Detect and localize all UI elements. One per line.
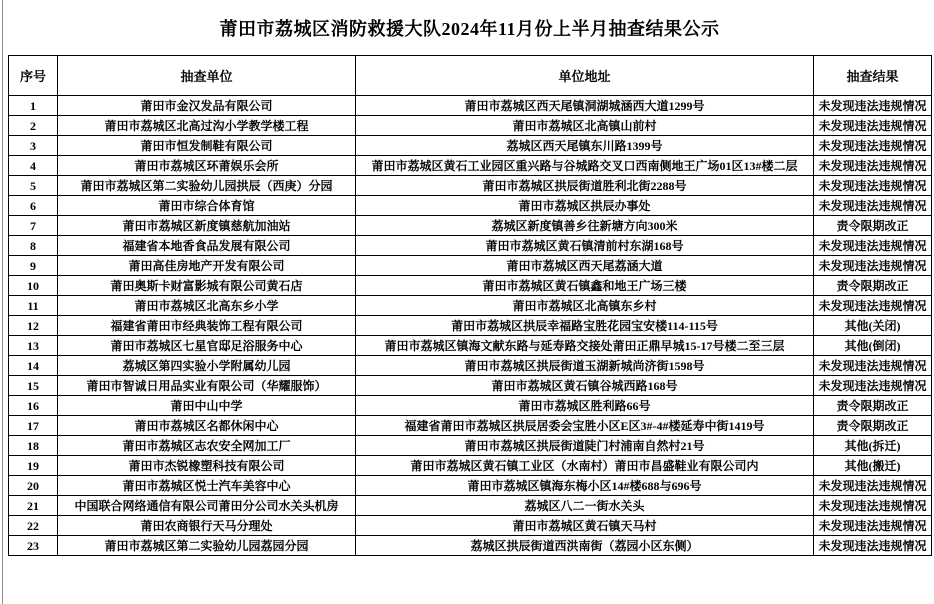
row-number-cell: 20 [9, 476, 58, 496]
header-row: 序号 抽查单位 单位地址 抽查结果 [9, 56, 932, 96]
row-number-cell: 14 [9, 356, 58, 376]
result-cell: 其他(倒闭) [814, 336, 932, 356]
unit-cell: 莆田市荔城区悦士汽车美容中心 [58, 476, 356, 496]
row-number-cell: 16 [9, 396, 58, 416]
unit-cell: 莆田中山中学 [58, 396, 356, 416]
header-unit: 抽查单位 [58, 56, 356, 96]
unit-cell: 莆田市智诚日用品实业有限公司（华耀服饰） [58, 376, 356, 396]
row-number-cell: 19 [9, 456, 58, 476]
header-result: 抽查结果 [814, 56, 932, 96]
unit-cell: 莆田市金汉发品有限公司 [58, 96, 356, 116]
unit-cell: 莆田市荔城区名都休闲中心 [58, 416, 356, 436]
result-cell: 责令限期改正 [814, 416, 932, 436]
address-cell: 莆田市荔城区黄石镇天马村 [356, 516, 814, 536]
table-row: 3莆田市恒发制鞋有限公司荔城区西天尾镇东川路1399号未发现违法违规情况 [9, 136, 932, 156]
table-row: 7莆田市荔城区新度镇慈航加油站荔城区新度镇善乡往新塘方向300米责令限期改正 [9, 216, 932, 236]
table-row: 6莆田市综合体育馆莆田市荔城区拱辰办事处未发现违法违规情况 [9, 196, 932, 216]
table-row: 20莆田市荔城区悦士汽车美容中心莆田市荔城区镇海东梅小区14#楼688与696号… [9, 476, 932, 496]
row-number-cell: 3 [9, 136, 58, 156]
result-cell: 责令限期改正 [814, 396, 932, 416]
unit-cell: 莆田市恒发制鞋有限公司 [58, 136, 356, 156]
unit-cell: 莆田市荔城区环莆娱乐会所 [58, 156, 356, 176]
row-number-cell: 4 [9, 156, 58, 176]
table-row: 21中国联合网络通信有限公司莆田分公司水关头机房荔城区八二一街水关头未发现违法违… [9, 496, 932, 516]
address-cell: 荔城区新度镇善乡往新塘方向300米 [356, 216, 814, 236]
address-cell: 莆田市荔城区拱辰办事处 [356, 196, 814, 216]
result-cell: 未发现违法违规情况 [814, 516, 932, 536]
table-row: 17莆田市荔城区名都休闲中心福建省莆田市荔城区拱辰居委会宝胜小区E区3#-4#楼… [9, 416, 932, 436]
result-cell: 未发现违法违规情况 [814, 376, 932, 396]
address-cell: 莆田市荔城区胜利路66号 [356, 396, 814, 416]
result-cell: 未发现违法违规情况 [814, 476, 932, 496]
unit-cell: 福建省莆田市经典装饰工程有限公司 [58, 316, 356, 336]
result-cell: 其他(拆迁) [814, 436, 932, 456]
header-address: 单位地址 [356, 56, 814, 96]
result-cell: 未发现违法违规情况 [814, 136, 932, 156]
address-cell: 莆田市荔城区北高镇东乡村 [356, 296, 814, 316]
unit-cell: 莆田农商银行天马分理处 [58, 516, 356, 536]
table-row: 13莆田市荔城区七星官邸足浴服务中心莆田市荔城区镇海文献东路与延寿路交接处莆田正… [9, 336, 932, 356]
row-number-cell: 7 [9, 216, 58, 236]
result-cell: 未发现违法违规情况 [814, 156, 932, 176]
table-row: 4莆田市荔城区环莆娱乐会所莆田市荔城区黄石工业园区重兴路与谷城路交叉口西南侧地王… [9, 156, 932, 176]
result-cell: 未发现违法违规情况 [814, 116, 932, 136]
table-row: 8福建省本地香食品发展有限公司莆田市荔城区黄石镇清前村东湖168号未发现违法违规… [9, 236, 932, 256]
unit-cell: 荔城区第四实验小学附属幼儿园 [58, 356, 356, 376]
unit-cell: 莆田市荔城区第二实验幼儿园拱辰（西庚）分园 [58, 176, 356, 196]
unit-cell: 福建省本地香食品发展有限公司 [58, 236, 356, 256]
row-number-cell: 17 [9, 416, 58, 436]
result-cell: 未发现违法违规情况 [814, 536, 932, 556]
unit-cell: 中国联合网络通信有限公司莆田分公司水关头机房 [58, 496, 356, 516]
address-cell: 莆田市荔城区黄石镇工业区（水南村）莆田市昌盛鞋业有限公司内 [356, 456, 814, 476]
address-cell: 莆田市荔城区拱辰街道胜利北街2288号 [356, 176, 814, 196]
result-cell: 未发现违法违规情况 [814, 96, 932, 116]
address-cell: 莆田市荔城区西天尾镇洞湖城涵西大道1299号 [356, 96, 814, 116]
result-cell: 未发现违法违规情况 [814, 496, 932, 516]
result-cell: 责令限期改正 [814, 216, 932, 236]
row-number-cell: 18 [9, 436, 58, 456]
address-cell: 莆田市荔城区镇海东梅小区14#楼688与696号 [356, 476, 814, 496]
inspection-table: 序号 抽查单位 单位地址 抽查结果 1莆田市金汉发品有限公司莆田市荔城区西天尾镇… [8, 55, 932, 556]
sheet-edge-line [2, 0, 3, 604]
row-number-cell: 12 [9, 316, 58, 336]
row-number-cell: 11 [9, 296, 58, 316]
result-cell: 其他(搬迁) [814, 456, 932, 476]
unit-cell: 莆田市综合体育馆 [58, 196, 356, 216]
row-number-cell: 15 [9, 376, 58, 396]
table-row: 14荔城区第四实验小学附属幼儿园莆田市荔城区拱辰街道玉湖新城尚济街1598号未发… [9, 356, 932, 376]
address-cell: 莆田市荔城区北高镇山前村 [356, 116, 814, 136]
result-cell: 责令限期改正 [814, 276, 932, 296]
unit-cell: 莆田市荔城区第二实验幼儿园荔园分园 [58, 536, 356, 556]
address-cell: 莆田市荔城区黄石镇清前村东湖168号 [356, 236, 814, 256]
table-body: 1莆田市金汉发品有限公司莆田市荔城区西天尾镇洞湖城涵西大道1299号未发现违法违… [9, 96, 932, 556]
row-number-cell: 10 [9, 276, 58, 296]
address-cell: 莆田市荔城区黄石工业园区重兴路与谷城路交叉口西南侧地王广场01区13#楼二层 [356, 156, 814, 176]
unit-cell: 莆田市荔城区志农安全网加工厂 [58, 436, 356, 456]
table-row: 2莆田市荔城区北高过沟小学教学楼工程莆田市荔城区北高镇山前村未发现违法违规情况 [9, 116, 932, 136]
table-row: 19莆田市杰锐橡塑科技有限公司莆田市荔城区黄石镇工业区（水南村）莆田市昌盛鞋业有… [9, 456, 932, 476]
page-title: 莆田市荔城区消防救援大队2024年11月份上半月抽查结果公示 [8, 0, 931, 55]
row-number-cell: 6 [9, 196, 58, 216]
unit-cell: 莆田市杰锐橡塑科技有限公司 [58, 456, 356, 476]
table-row: 10莆田奥斯卡财富影城有限公司黄石店莆田市荔城区黄石镇鑫和地王广场三楼责令限期改… [9, 276, 932, 296]
result-cell: 未发现违法违规情况 [814, 296, 932, 316]
address-cell: 莆田市荔城区西天尾荔涵大道 [356, 256, 814, 276]
result-cell: 未发现违法违规情况 [814, 236, 932, 256]
address-cell: 荔城区八二一街水关头 [356, 496, 814, 516]
row-number-cell: 5 [9, 176, 58, 196]
unit-cell: 莆田市荔城区北高东乡小学 [58, 296, 356, 316]
unit-cell: 莆田奥斯卡财富影城有限公司黄石店 [58, 276, 356, 296]
address-cell: 荔城区西天尾镇东川路1399号 [356, 136, 814, 156]
table-row: 11莆田市荔城区北高东乡小学莆田市荔城区北高镇东乡村未发现违法违规情况 [9, 296, 932, 316]
result-cell: 未发现违法违规情况 [814, 356, 932, 376]
address-cell: 莆田市荔城区拱辰街道陡门村浦南自然村21号 [356, 436, 814, 456]
table-row: 18莆田市荔城区志农安全网加工厂莆田市荔城区拱辰街道陡门村浦南自然村21号其他(… [9, 436, 932, 456]
result-cell: 未发现违法违规情况 [814, 176, 932, 196]
table-row: 9莆田高佳房地产开发有限公司莆田市荔城区西天尾荔涵大道未发现违法违规情况 [9, 256, 932, 276]
row-number-cell: 2 [9, 116, 58, 136]
table-row: 5莆田市荔城区第二实验幼儿园拱辰（西庚）分园莆田市荔城区拱辰街道胜利北街2288… [9, 176, 932, 196]
result-cell: 未发现违法违规情况 [814, 196, 932, 216]
address-cell: 福建省莆田市荔城区拱辰居委会宝胜小区E区3#-4#楼延寿中街1419号 [356, 416, 814, 436]
address-cell: 荔城区拱辰街道西洪南街（荔园小区东侧） [356, 536, 814, 556]
table-row: 23莆田市荔城区第二实验幼儿园荔园分园荔城区拱辰街道西洪南街（荔园小区东侧）未发… [9, 536, 932, 556]
table-row: 12福建省莆田市经典装饰工程有限公司莆田市荔城区拱辰幸福路宝胜花园宝安楼114-… [9, 316, 932, 336]
row-number-cell: 13 [9, 336, 58, 356]
row-number-cell: 23 [9, 536, 58, 556]
address-cell: 莆田市荔城区拱辰幸福路宝胜花园宝安楼114-115号 [356, 316, 814, 336]
header-no: 序号 [9, 56, 58, 96]
unit-cell: 莆田市荔城区新度镇慈航加油站 [58, 216, 356, 236]
address-cell: 莆田市荔城区黄石镇谷城西路168号 [356, 376, 814, 396]
result-cell: 其他(关闭) [814, 316, 932, 336]
row-number-cell: 8 [9, 236, 58, 256]
table-row: 16莆田中山中学莆田市荔城区胜利路66号责令限期改正 [9, 396, 932, 416]
table-row: 1莆田市金汉发品有限公司莆田市荔城区西天尾镇洞湖城涵西大道1299号未发现违法违… [9, 96, 932, 116]
address-cell: 莆田市荔城区镇海文献东路与延寿路交接处莆田正鼎早城15-17号楼二至三层 [356, 336, 814, 356]
unit-cell: 莆田市荔城区七星官邸足浴服务中心 [58, 336, 356, 356]
row-number-cell: 1 [9, 96, 58, 116]
address-cell: 莆田市荔城区拱辰街道玉湖新城尚济街1598号 [356, 356, 814, 376]
announcement-sheet: 莆田市荔城区消防救援大队2024年11月份上半月抽查结果公示 序号 抽查单位 单… [0, 0, 934, 604]
table-row: 22莆田农商银行天马分理处莆田市荔城区黄石镇天马村未发现违法违规情况 [9, 516, 932, 536]
row-number-cell: 9 [9, 256, 58, 276]
row-number-cell: 22 [9, 516, 58, 536]
row-number-cell: 21 [9, 496, 58, 516]
address-cell: 莆田市荔城区黄石镇鑫和地王广场三楼 [356, 276, 814, 296]
unit-cell: 莆田高佳房地产开发有限公司 [58, 256, 356, 276]
unit-cell: 莆田市荔城区北高过沟小学教学楼工程 [58, 116, 356, 136]
table-row: 15莆田市智诚日用品实业有限公司（华耀服饰）莆田市荔城区黄石镇谷城西路168号未… [9, 376, 932, 396]
result-cell: 未发现违法违规情况 [814, 256, 932, 276]
